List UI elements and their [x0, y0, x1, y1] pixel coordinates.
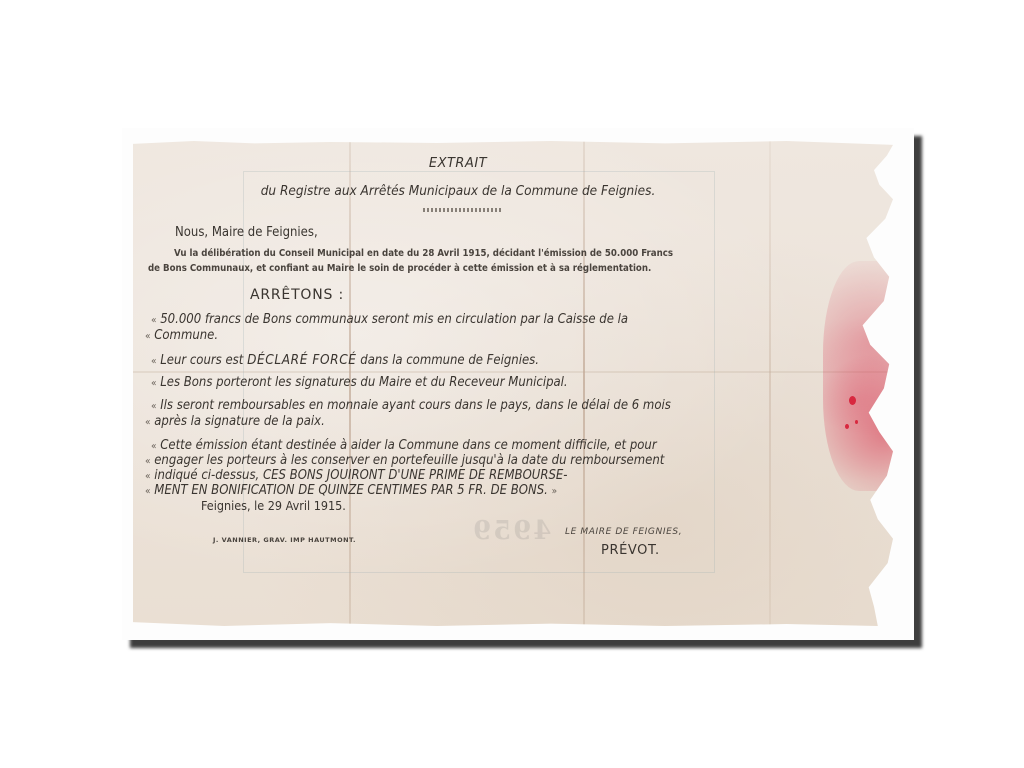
article-emphasis: DÉCLARÉ FORCÉ	[247, 352, 357, 368]
quote-mark: »	[552, 486, 558, 497]
article-text: Les Bons porteront les signatures du Mai…	[160, 375, 567, 390]
quote-mark: «	[151, 401, 157, 412]
article-text: indiqué ci-dessus, CES BONS JOUIRONT D'U…	[154, 468, 567, 483]
stamp-blot	[849, 396, 856, 405]
article-text: Ils seront remboursables en monnaie ayan…	[160, 398, 671, 413]
fold-crease-right	[769, 141, 771, 626]
article-text: Commune.	[154, 328, 218, 343]
article-5-line-4: « MENT EN BONIFICATION DE QUINZE CENTIME…	[145, 483, 557, 498]
show-through-serial: 4959	[471, 516, 551, 546]
signatory-title: LE MAIRE DE FEIGNIES,	[565, 527, 682, 537]
place-and-date: Feignies, le 29 Avril 1915.	[201, 498, 346, 513]
article-text: dans la commune de Feignies.	[357, 353, 539, 368]
article-4-line-1: « Ils seront remboursables en monnaie ay…	[151, 398, 671, 413]
article-text: 50.000 francs de Bons communaux seront m…	[160, 312, 628, 327]
quote-mark: «	[145, 471, 151, 482]
article-2: « Leur cours est DÉCLARÉ FORCÉ dans la c…	[151, 352, 539, 368]
signatory-name: PRÉVOT.	[601, 543, 660, 558]
decorative-underline	[423, 208, 501, 212]
quote-mark: «	[145, 486, 151, 497]
article-text: engager les porteurs à les conserver en …	[154, 453, 664, 468]
article-text: Cette émission étant destinée à aider la…	[160, 438, 656, 453]
quote-mark: «	[151, 315, 157, 326]
article-1-line-1: « 50.000 francs de Bons communaux seront…	[151, 312, 628, 327]
article-4-line-2: « après la signature de la paix.	[145, 414, 325, 429]
article-5-line-3: « indiqué ci-dessus, CES BONS JOUIRONT D…	[145, 468, 568, 483]
article-3: « Les Bons porteront les signatures du M…	[151, 375, 568, 390]
quote-mark: «	[145, 456, 151, 467]
quote-mark: «	[151, 356, 157, 367]
document-heading: EXTRAIT	[133, 156, 783, 171]
decree-heading: ARRÊTONS :	[250, 287, 344, 303]
article-text: Leur cours est	[160, 353, 247, 368]
document-subheading: du Registre aux Arrêtés Municipaux de la…	[133, 183, 783, 199]
preamble-line: de Bons Communaux, et confiant au Maire …	[148, 263, 651, 274]
preamble-line: Vu la délibération du Conseil Municipal …	[174, 248, 673, 259]
quote-mark: «	[145, 331, 151, 342]
printer-imprint: J. VANNIER, GRAV. IMP HAUTMONT.	[213, 536, 356, 544]
stamp-blot	[845, 424, 849, 429]
article-5-line-1: « Cette émission étant destinée à aider …	[151, 438, 657, 453]
article-5-line-2: « engager les porteurs à les conserver e…	[145, 453, 664, 468]
quote-mark: «	[151, 378, 157, 389]
quote-mark: «	[151, 441, 157, 452]
banknote-reverse: 4959 EXTRAIT du Registre aux Arrêtés Mun…	[133, 141, 893, 626]
article-1-line-2: « Commune.	[145, 328, 218, 343]
salutation: Nous, Maire de Feignies,	[175, 225, 318, 240]
article-text: après la signature de la paix.	[154, 414, 325, 429]
article-text: MENT EN BONIFICATION DE QUINZE CENTIMES …	[154, 483, 548, 498]
stamp-blot	[855, 420, 858, 424]
quote-mark: «	[145, 417, 151, 428]
